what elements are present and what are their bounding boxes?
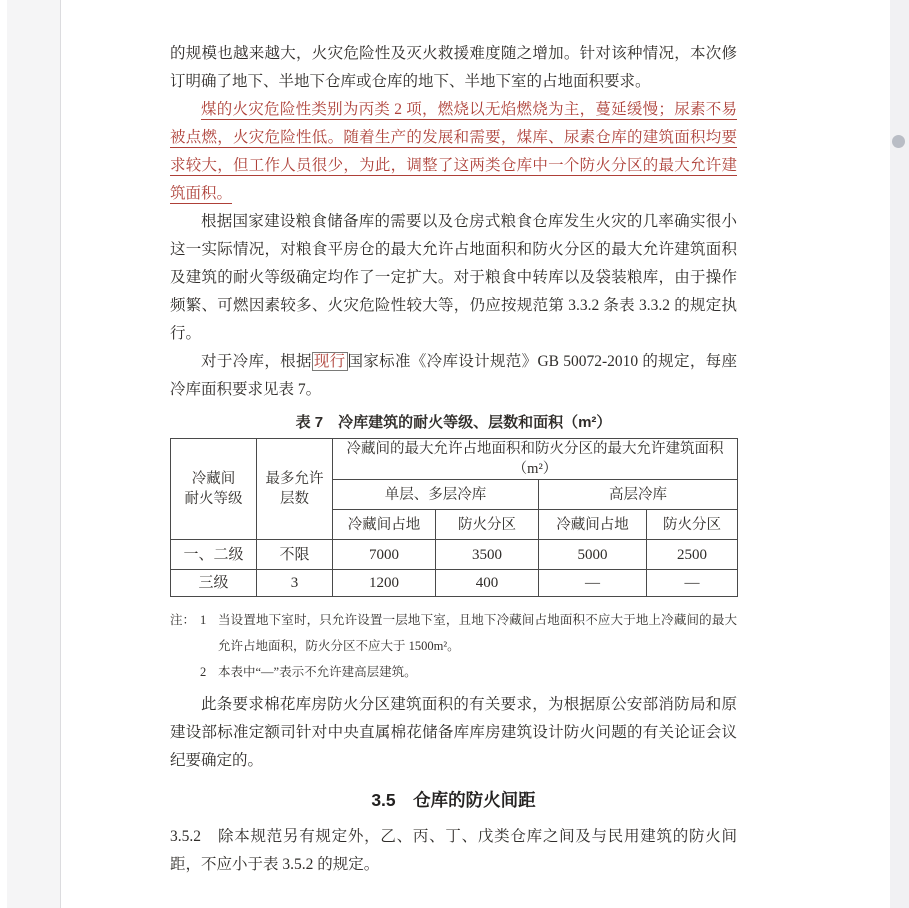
table-cell: — bbox=[647, 570, 738, 597]
table-subheader-highrise: 高层冷库 bbox=[539, 480, 738, 510]
table-cell: 2500 bbox=[647, 540, 738, 570]
fire-resistance-table: 冷藏间 耐火等级 最多允许 层数 冷藏间的最大允许占地面积和防火分区的最大允许建… bbox=[170, 438, 738, 597]
table-leaf-header: 冷藏间占地 bbox=[539, 510, 647, 540]
section-heading-3-5: 3.5 仓库的防火间距 bbox=[170, 788, 737, 812]
table-header-max-floors: 最多允许 层数 bbox=[257, 439, 333, 540]
note-number: 2 bbox=[200, 659, 218, 685]
document-page: 的规模也越来越大，火灾危险性及灭火救援难度随之增加。针对该种情况，本次修订明确了… bbox=[62, 0, 890, 908]
note-label-spacer bbox=[170, 659, 200, 685]
paragraph-continuation: 的规模也越来越大，火灾危险性及灭火救援难度随之增加。针对该种情况，本次修订明确了… bbox=[170, 40, 737, 96]
paragraph-grain-storage: 根据国家建设粮食储备库的需要以及仓房式粮食仓库发生火灾的几率确实很小这一实际情况… bbox=[170, 208, 737, 348]
left-gutter bbox=[7, 0, 61, 908]
tracked-change-text: 煤的火灾危险性类别为丙类 2 项，燃烧以无焰燃烧为主，蔓延缓慢；尿素不易被点燃，… bbox=[170, 101, 737, 202]
table-cell: 一、二级 bbox=[171, 540, 257, 570]
table-cell: 3 bbox=[257, 570, 333, 597]
table-leaf-header: 冷藏间占地 bbox=[333, 510, 436, 540]
paragraph-cotton-warehouse: 此条要求棉花库房防火分区建筑面积的有关要求，为根据原公安部消防局和原建设部标准定… bbox=[170, 691, 737, 775]
scrollbar-thumb[interactable] bbox=[892, 135, 905, 148]
paragraph-cold-storage: 对于冷库，根据现行国家标准《冷库设计规范》GB 50072-2010 的规定，每… bbox=[170, 348, 737, 404]
table-cell: 三级 bbox=[171, 570, 257, 597]
tracked-change-inline-box: 现行 bbox=[312, 352, 348, 371]
table-notes: 注： 1 当设置地下室时，只允许设置一层地下室，且地下冷藏间占地面积不应大于地上… bbox=[170, 607, 737, 685]
table-cell: 1200 bbox=[333, 570, 436, 597]
note-number: 1 bbox=[200, 607, 218, 659]
table-cell: 不限 bbox=[257, 540, 333, 570]
table-header-fire-rating: 冷藏间 耐火等级 bbox=[171, 439, 257, 540]
paragraph-3-5-2: 3.5.2 除本规范另有规定外，乙、丙、丁、戊类仓库之间及与民用建筑的防火间距，… bbox=[170, 823, 737, 879]
table-subheader-lowrise: 单层、多层冷库 bbox=[333, 480, 539, 510]
table-header-group: 冷藏间的最大允许占地面积和防火分区的最大允许建筑面积（m²） bbox=[333, 439, 738, 480]
page-content: 的规模也越来越大，火灾危险性及灭火救援难度随之增加。针对该种情况，本次修订明确了… bbox=[170, 0, 737, 879]
table-row: 一、二级 不限 7000 3500 5000 2500 bbox=[171, 540, 738, 570]
table-note-1: 注： 1 当设置地下室时，只允许设置一层地下室，且地下冷藏间占地面积不应大于地上… bbox=[170, 607, 737, 659]
table-row: 三级 3 1200 400 — — bbox=[171, 570, 738, 597]
scrollbar-track[interactable] bbox=[890, 0, 909, 908]
paragraph-cold-storage-before: 对于冷库，根据 bbox=[201, 353, 312, 370]
note-text: 本表中“—”表示不允许建高层建筑。 bbox=[218, 659, 737, 685]
table-leaf-header: 防火分区 bbox=[436, 510, 539, 540]
table-cell: 7000 bbox=[333, 540, 436, 570]
note-text: 当设置地下室时，只允许设置一层地下室，且地下冷藏间占地面积不应大于地上冷藏间的最… bbox=[218, 607, 737, 659]
table-cell: 400 bbox=[436, 570, 539, 597]
table-cell: 5000 bbox=[539, 540, 647, 570]
table-title: 表 7 冷库建筑的耐火等级、层数和面积（m²） bbox=[170, 413, 737, 433]
note-label: 注： bbox=[170, 607, 200, 659]
table-cell: — bbox=[539, 570, 647, 597]
table-note-2: 2 本表中“—”表示不允许建高层建筑。 bbox=[170, 659, 737, 685]
document-viewer: 的规模也越来越大，火灾危险性及灭火救援难度随之增加。针对该种情况，本次修订明确了… bbox=[0, 0, 909, 908]
table-cell: 3500 bbox=[436, 540, 539, 570]
table-leaf-header: 防火分区 bbox=[647, 510, 738, 540]
tracked-change-paragraph: 煤的火灾危险性类别为丙类 2 项，燃烧以无焰燃烧为主，蔓延缓慢；尿素不易被点燃，… bbox=[170, 96, 737, 208]
